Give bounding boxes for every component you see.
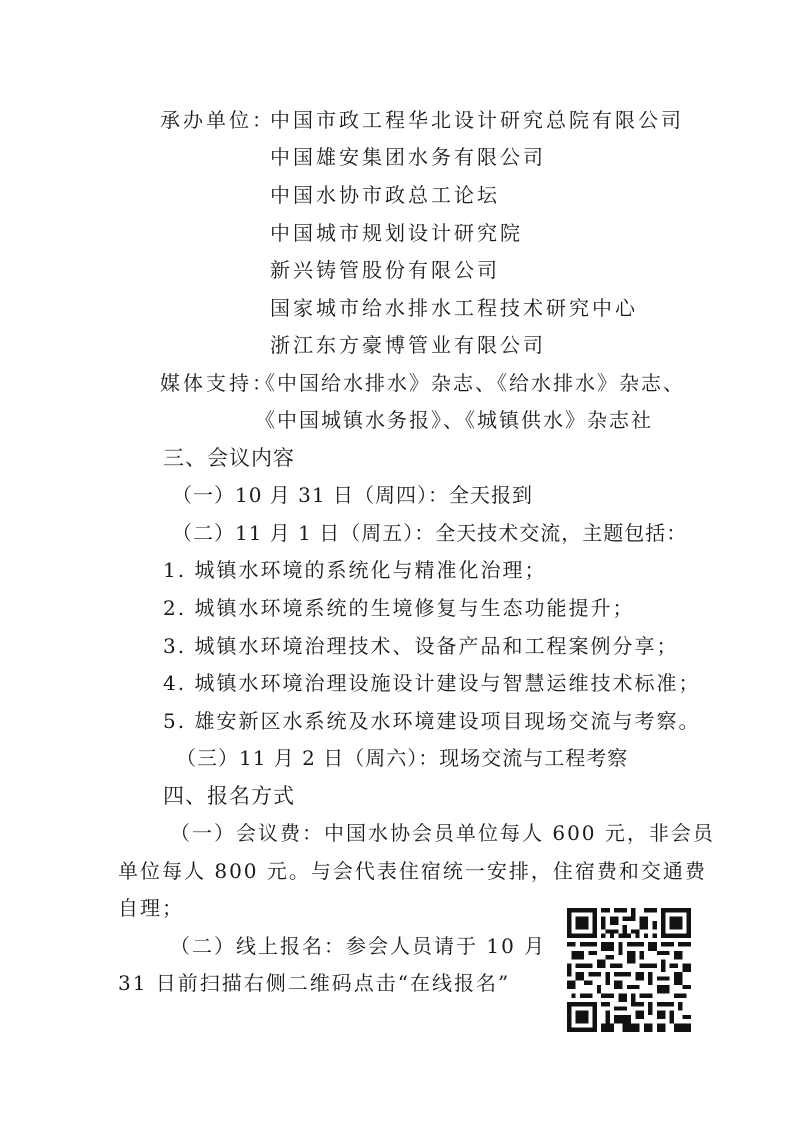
qr-code-icon[interactable] — [567, 908, 691, 1032]
topic-item: 4. 城镇水环境治理设施设计建设与智慧运维技术标准； — [163, 669, 700, 697]
media-line: 《中国给水排水》杂志、《给水排水》杂志、 — [255, 369, 685, 397]
online-registration-text: （二）线上报名：参会人员请于 10 月 — [170, 932, 546, 960]
organizer-item: 新兴铸管股份有限公司 — [270, 256, 500, 284]
organizer-item: 中国市政工程华北设计研究总院有限公司 — [270, 106, 684, 134]
topic-item: 2. 城镇水环境系统的生境修复与生态功能提升； — [163, 594, 634, 622]
organizer-item: 中国水协市政总工论坛 — [270, 181, 500, 209]
schedule-day-2: （二）11 月 1 日（周五）：全天技术交流，主题包括： — [172, 519, 687, 547]
topic-item: 5. 雄安新区水系统及水环境建设项目现场交流与考察。 — [163, 707, 700, 735]
section-heading-meeting-content: 三、会议内容 — [163, 444, 295, 472]
fee-text: 单位每人 800 元。与会代表住宿统一安排，住宿费和交通费 — [118, 857, 707, 885]
schedule-day-1: （一）10 月 31 日（周四）：全天报到 — [172, 481, 533, 509]
topic-item: 1. 城镇水环境的系统化与精准化治理； — [163, 556, 546, 584]
media-line: 《中国城镇水务报》、《城镇供水》杂志社 — [255, 406, 653, 434]
schedule-day-3: （三）11 月 2 日（周六）：现场交流与工程考察 — [176, 744, 628, 772]
fee-text: 自理； — [118, 894, 184, 922]
organizer-item: 中国城市规划设计研究院 — [270, 219, 523, 247]
topic-item: 3. 城镇水环境治理技术、设备产品和工程案例分享； — [163, 632, 678, 660]
organizers-label: 承办单位： — [160, 106, 275, 134]
organizer-item: 中国雄安集团水务有限公司 — [270, 143, 546, 171]
organizer-item: 国家城市给水排水工程技术研究中心 — [270, 294, 638, 322]
organizer-item: 浙江东方豪博管业有限公司 — [270, 331, 546, 359]
online-registration-text: 31 日前扫描右侧二维码点击“在线报名” — [118, 969, 510, 997]
fee-text: （一）会议费：中国水协会员单位每人 600 元，非会员 — [170, 819, 715, 847]
section-heading-registration: 四、报名方式 — [163, 782, 295, 810]
